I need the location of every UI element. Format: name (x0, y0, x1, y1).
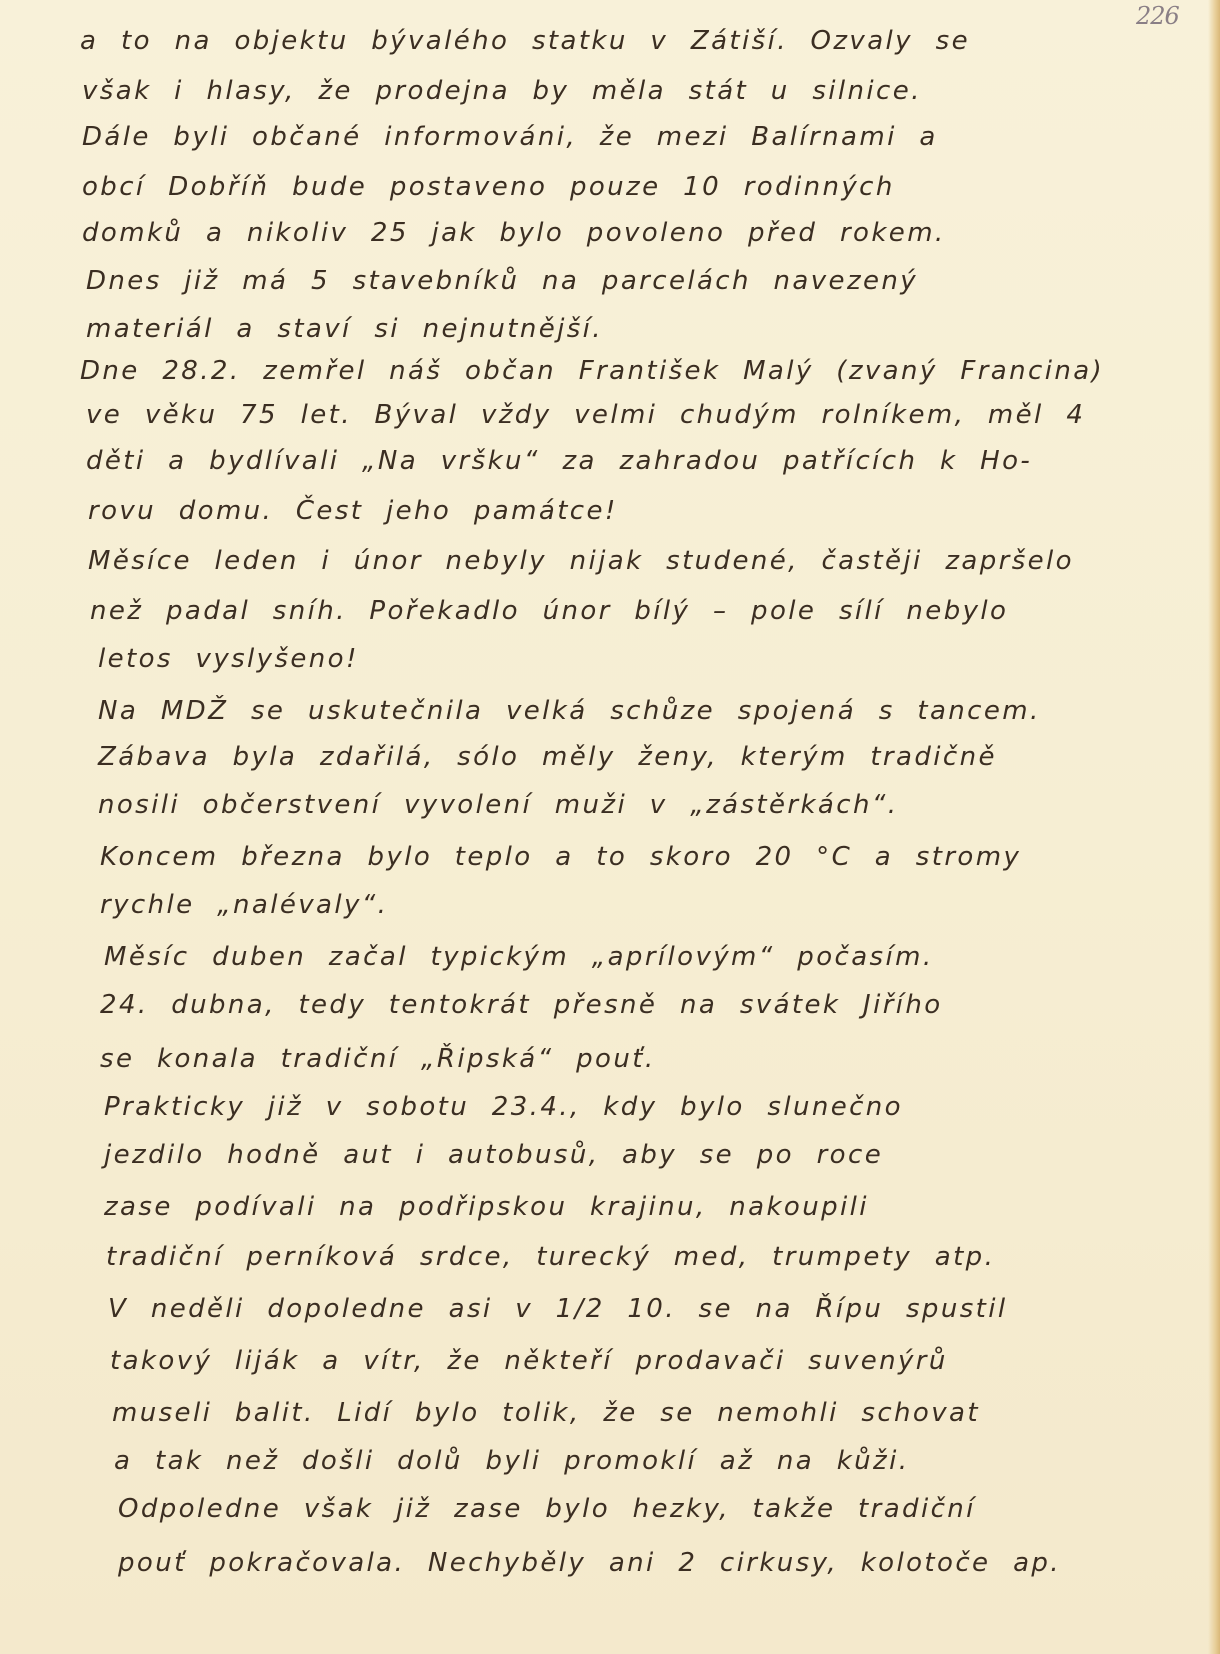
text-line: Koncem března bylo teplo a to skoro 20 °… (100, 842, 1021, 872)
text-line: Prakticky již v sobotu 23.4., kdy bylo s… (104, 1092, 903, 1122)
text-line: Zábava byla zdařilá, sólo měly ženy, kte… (98, 742, 997, 772)
handwritten-chronicle-page: 226 a to na objektu bývalého statku v Zá… (0, 0, 1220, 1654)
text-line: Na MDŽ se uskutečnila velká schůze spoje… (98, 696, 1041, 726)
text-line: a tak než došli dolů byli promoklí až na… (114, 1446, 909, 1476)
text-line: Dnes již má 5 stavebníků na parcelách na… (86, 266, 918, 296)
text-line: děti a bydlívali „Na vršku“ za zahradou … (86, 446, 1032, 476)
text-line: Měsíce leden i únor nebyly nijak studené… (88, 546, 1074, 576)
text-line: tradiční perníková srdce, turecký med, t… (106, 1242, 995, 1272)
text-line: Dále byli občané informováni, že mezi Ba… (82, 122, 938, 152)
text-line: obcí Dobříň bude postaveno pouze 10 rodi… (82, 172, 895, 202)
text-line: než padal sníh. Pořekadlo únor bílý – po… (90, 596, 1008, 626)
text-line: 24. dubna, tedy tentokrát přesně na svát… (100, 990, 943, 1020)
text-line: materiál a staví si nejnutnější. (86, 314, 603, 344)
text-line: zase podívali na podřipskou krajinu, nak… (104, 1192, 869, 1222)
text-line: však i hlasy, že prodejna by měla stát u… (82, 76, 922, 106)
text-line: museli balit. Lidí bylo tolik, že se nem… (112, 1398, 980, 1428)
paper-edge (1208, 0, 1220, 1654)
text-line: Měsíc duben začal typickým „aprílovým“ p… (104, 942, 934, 972)
text-line: jezdilo hodně aut i autobusů, aby se po … (104, 1140, 883, 1170)
text-line: letos vyslyšeno! (98, 644, 359, 674)
text-line: rovu domu. Čest jeho památce! (88, 496, 618, 526)
text-line: domků a nikoliv 25 jak bylo povoleno pře… (82, 218, 946, 248)
text-line: ve věku 75 let. Býval vždy velmi chudým … (86, 400, 1085, 430)
text-line: pouť pokračovala. Nechyběly ani 2 cirkus… (118, 1548, 1061, 1578)
text-line: nosili občerstvení vyvolení muži v „zást… (98, 790, 898, 820)
text-line: rychle „nalévaly“. (100, 890, 388, 920)
text-line: se konala tradiční „Řipská“ pouť. (100, 1044, 656, 1074)
text-line: Odpoledne však již zase bylo hezky, takž… (118, 1494, 976, 1524)
page-number: 226 (1136, 2, 1179, 30)
text-line: a to na objektu bývalého statku v Zátiší… (80, 26, 970, 56)
text-line: V neděli dopoledne asi v 1/2 10. se na Ř… (108, 1294, 1008, 1324)
text-line: takový liják a vítr, že někteří prodavač… (110, 1346, 948, 1376)
text-line: Dne 28.2. zemřel náš občan František Mal… (80, 356, 1104, 386)
